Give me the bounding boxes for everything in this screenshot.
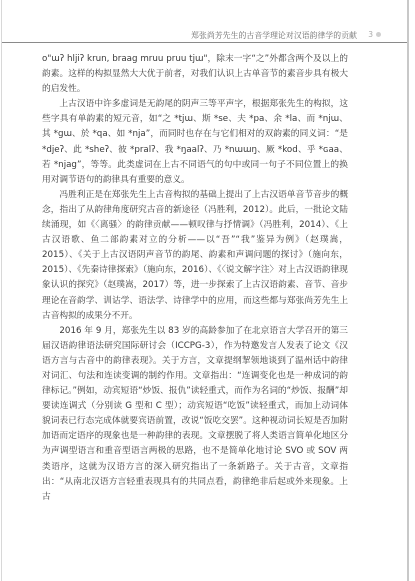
paragraph: o"ɯʔ hljiʔ krun, braag mruu pruu tjɯ"，除末…	[42, 52, 348, 97]
page-marker-dot-icon	[376, 32, 381, 37]
paragraph: 2016 年 9 月，郑张先生以 83 岁的高龄参加了在北京语言大学召开的第三届…	[42, 324, 348, 505]
document-page: 郑张尚芳先生的古音学理论对汉语韵律学的贡献 3 o"ɯʔ hljiʔ krun,…	[1, 0, 409, 581]
page-number: 3	[368, 30, 373, 39]
body-text: o"ɯʔ hljiʔ krun, braag mruu pruu tjɯ"，除末…	[42, 52, 348, 505]
paragraph: 上古汉语中许多虚词是无韵尾的阴声三等平声字，根据郑张先生的构拟，这些字具有单韵素…	[42, 97, 348, 188]
running-header: 郑张尚芳先生的古音学理论对汉语韵律学的贡献 3	[2, 30, 407, 43]
paragraph: 冯胜利正是在郑张先生上古音构拟的基础上提出了上古汉语单音节音步的概念，指出了从韵…	[42, 188, 348, 324]
header-title: 郑张尚芳先生的古音学理论对汉语韵律学的贡献	[191, 30, 357, 41]
